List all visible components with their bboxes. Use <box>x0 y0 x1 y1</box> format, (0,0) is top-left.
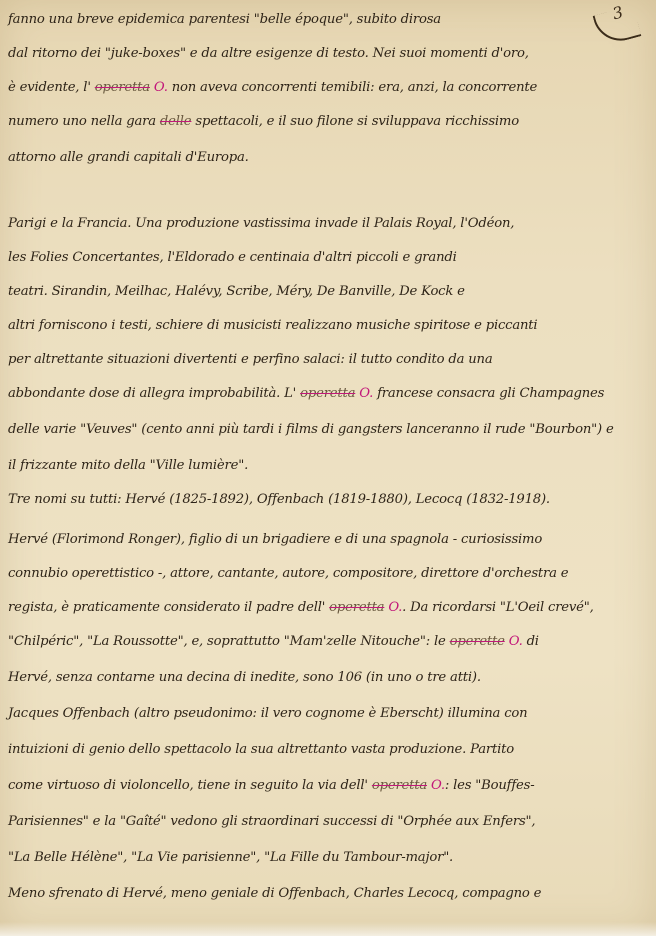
manuscript-line: regista, è praticamente considerato il p… <box>8 600 648 615</box>
manuscript-line: intuizioni di genio dello spettacolo la … <box>8 742 648 757</box>
struck-word: operette <box>450 634 505 649</box>
manuscript-line: Parigi e la Francia. Una produzione vast… <box>8 216 648 231</box>
manuscript-line: connubio operettistico -, attore, cantan… <box>8 566 648 581</box>
manuscript-line: Parisiennes" e la "Gaîté" vedono gli str… <box>8 814 648 829</box>
correction-mark: O. <box>154 80 168 95</box>
manuscript-line: numero uno nella gara delle spettacoli, … <box>8 114 648 129</box>
manuscript-line: è evidente, l' operetta O. non aveva con… <box>8 80 648 95</box>
correction-mark: O. <box>359 386 373 401</box>
manuscript-line: Hervé (Florimond Ronger), figlio di un b… <box>8 532 648 547</box>
manuscript-line: come virtuoso di violoncello, tiene in s… <box>8 778 648 793</box>
manuscript-line: "La Belle Hélène", "La Vie parisienne", … <box>8 850 648 865</box>
struck-word: operetta <box>372 778 427 793</box>
manuscript-line: dal ritorno dei "juke-boxes" e da altre … <box>8 46 648 61</box>
manuscript-line: Hervé, senza contarne una decina di ined… <box>8 670 648 685</box>
manuscript-line: Meno sfrenato di Hervé, meno geniale di … <box>8 886 648 901</box>
manuscript-line: Jacques Offenbach (altro pseudonimo: il … <box>8 706 648 721</box>
correction-mark: O. <box>431 778 445 793</box>
struck-word: operetta <box>329 600 384 615</box>
manuscript-line: delle varie "Veuves" (cento anni più tar… <box>8 422 648 437</box>
correction-mark: O. <box>388 600 402 615</box>
struck-word: delle <box>160 114 192 129</box>
struck-word: operetta <box>300 386 355 401</box>
manuscript-line: il frizzante mito della "Ville lumière". <box>8 458 648 473</box>
manuscript-line: les Folies Concertantes, l'Eldorado e ce… <box>8 250 648 265</box>
manuscript-line: fanno una breve epidemica parentesi "bel… <box>8 12 648 27</box>
manuscript-line: per altrettante situazioni divertenti e … <box>8 352 648 367</box>
struck-word: operetta <box>95 80 150 95</box>
manuscript-line: Tre nomi su tutti: Hervé (1825-1892), Of… <box>8 492 648 507</box>
manuscript-page: 3 fanno una breve epidemica parentesi "b… <box>0 0 656 936</box>
correction-mark: O. <box>509 634 523 649</box>
manuscript-line: attorno alle grandi capitali d'Europa. <box>8 150 648 165</box>
manuscript-line: "Chilpéric", "La Roussotte", e, soprattu… <box>8 634 648 649</box>
manuscript-line: altri forniscono i testi, schiere di mus… <box>8 318 648 333</box>
manuscript-line: abbondante dose di allegra improbabilità… <box>8 386 648 401</box>
manuscript-line: teatri. Sirandin, Meilhac, Halévy, Scrib… <box>8 284 648 299</box>
